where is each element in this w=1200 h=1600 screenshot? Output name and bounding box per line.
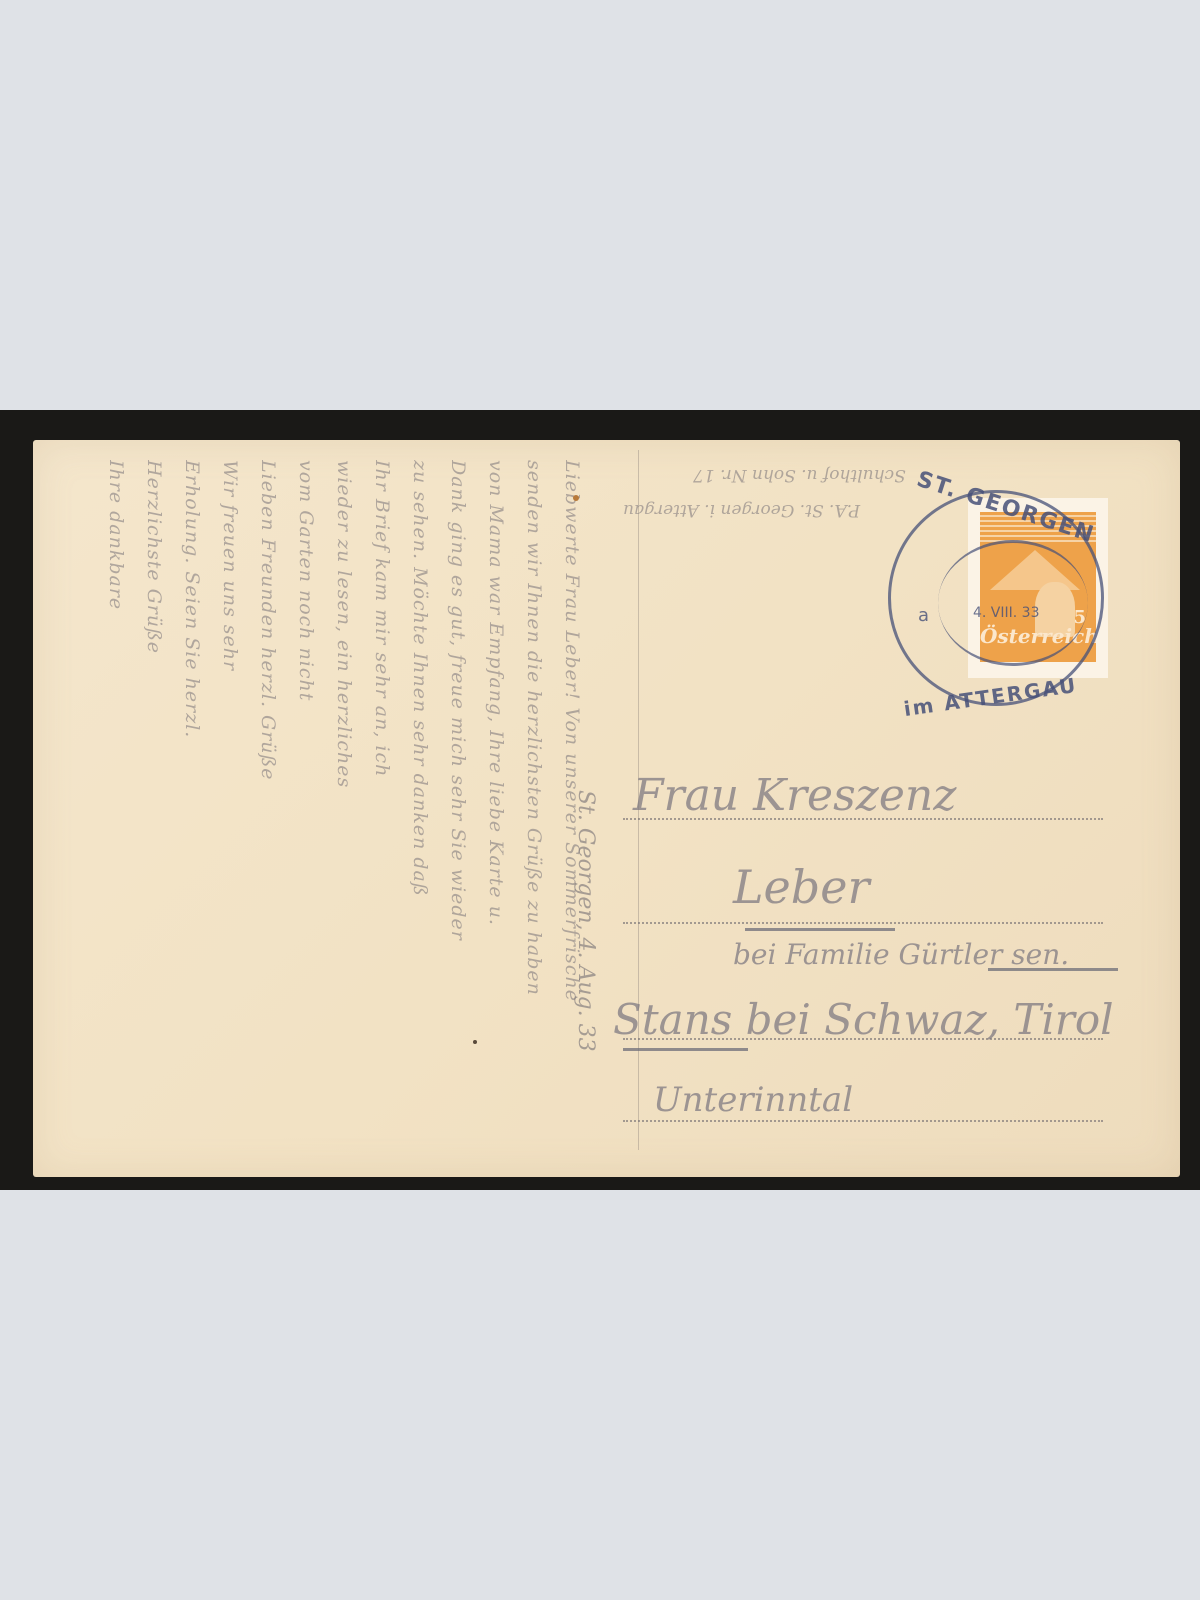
message-line: Ihr Brief kam mir sehr an, ich	[353, 460, 393, 1150]
message-line: Erholung. Seien Sie herzl.	[163, 460, 203, 1150]
upside-down-note-2: Schulthof u. Sohn Nr. 17	[693, 465, 906, 485]
message-line: Ihre dankbare	[87, 460, 127, 1150]
message-line: vom Garten noch nicht	[277, 460, 317, 1150]
address-line-4: Stans bei Schwaz, Tirol	[613, 995, 1114, 1044]
address-dotted-line	[623, 922, 1103, 924]
postcard-back: Liebwerte Frau Leber! Von unserer Sommer…	[33, 440, 1180, 1177]
postmark-date: 4. VIII. 33	[973, 605, 1040, 621]
message-line: Herzlichste Grüße	[125, 460, 165, 1150]
address-line-1: Frau Kreszenz	[633, 770, 956, 821]
stain-spot	[473, 1040, 477, 1044]
message-line: von Mama war Empfang, Ihre liebe Karte u…	[467, 460, 507, 1150]
handwritten-message: Liebwerte Frau Leber! Von unserer Sommer…	[53, 460, 623, 1150]
postmark-inner-ring	[938, 540, 1088, 666]
message-line: wieder zu lesen, ein herzliches	[315, 460, 355, 1150]
underline-stroke	[988, 968, 1118, 971]
date-line: St. Georgen, 4. Aug. 33	[573, 790, 598, 1052]
address-line-2: Leber	[733, 860, 869, 914]
message-line: zu sehen. Möchte Ihnen sehr danken daß	[391, 460, 431, 1150]
address-line-3: bei Familie Gürtler sen.	[733, 938, 1069, 971]
underline-stroke	[745, 928, 895, 931]
upside-down-note: P.A. St. Georgen i. Attergau	[623, 500, 860, 520]
postmark-letter: a	[918, 605, 929, 626]
address-dotted-line	[623, 1038, 1103, 1040]
message-line: Dank ging es gut, freue mich sehr Sie wi…	[429, 460, 469, 1150]
address-line-5: Unterinntal	[653, 1080, 853, 1120]
stain-spot	[573, 495, 579, 501]
address-dotted-line	[623, 1120, 1103, 1122]
address-dotted-line	[623, 818, 1103, 820]
underline-stroke	[623, 1048, 748, 1051]
postcard-photo: Liebwerte Frau Leber! Von unserer Sommer…	[0, 410, 1200, 1190]
message-line: Wir freuen uns sehr	[201, 460, 241, 1150]
message-line: senden wir Ihnen die herzlichsten Grüße …	[505, 460, 545, 1150]
message-line: Lieben Freunden herzl. Grüße	[239, 460, 279, 1150]
